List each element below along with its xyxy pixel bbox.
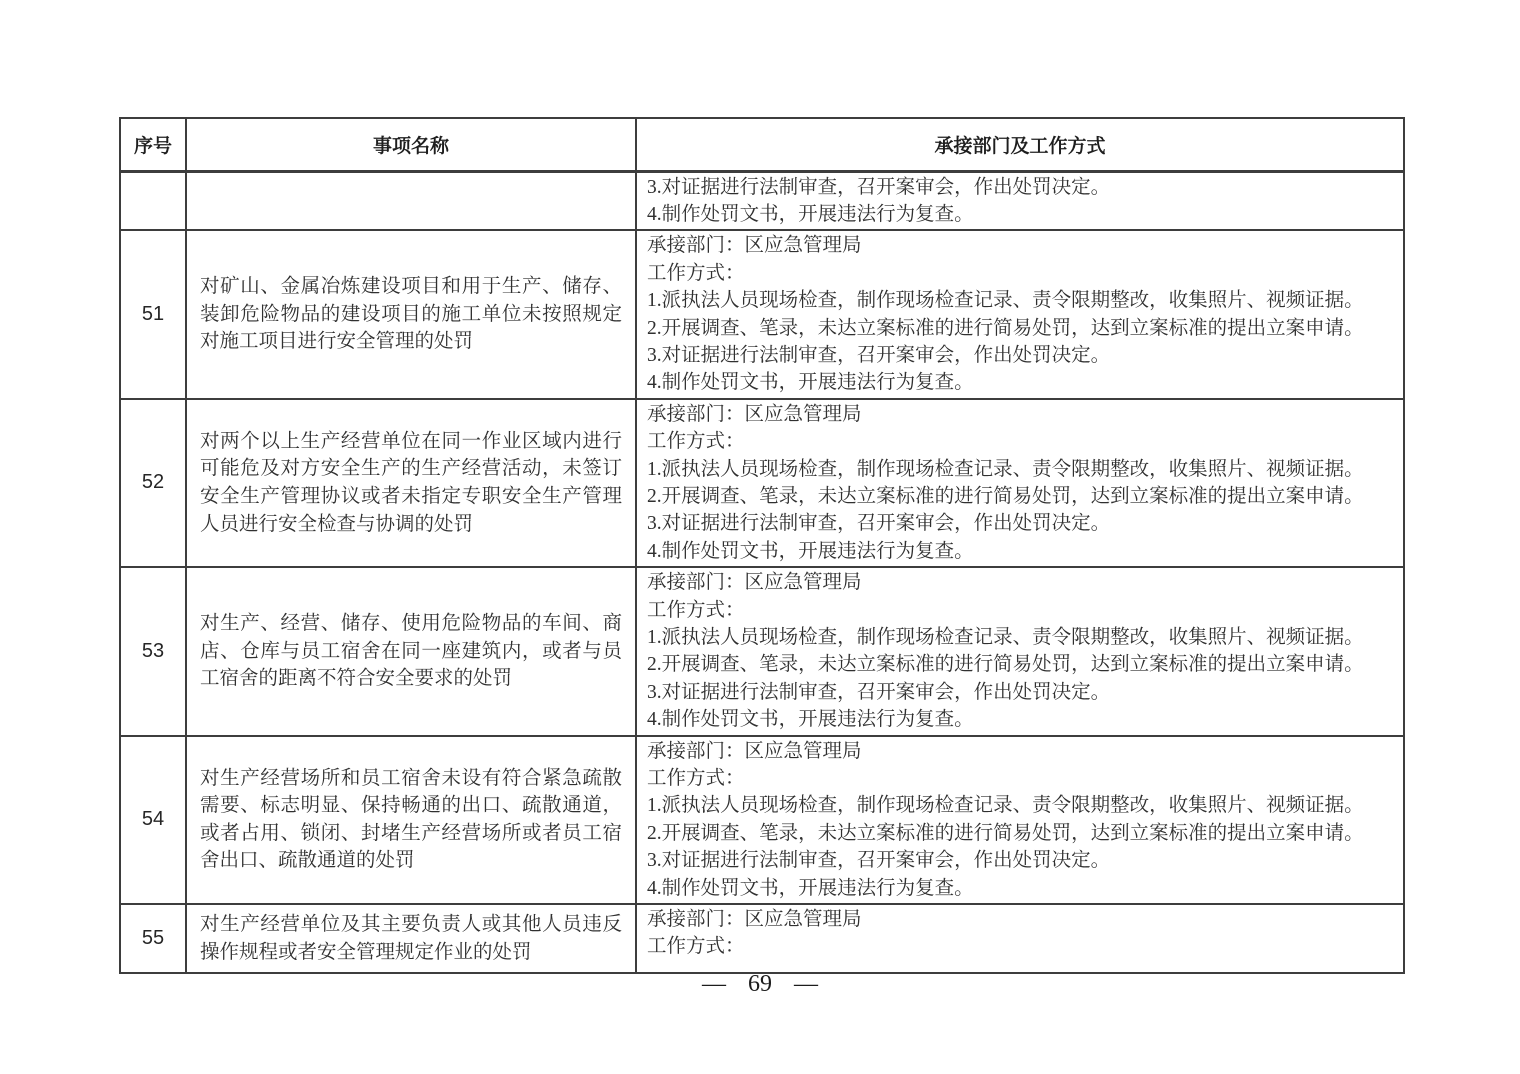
detail-line: 2.开展调查、笔录，未达立案标准的进行简易处罚，达到立案标准的提出立案申请。 [647, 651, 1397, 678]
row-details: 承接部门：区应急管理局工作方式： [636, 904, 1404, 973]
detail-line: 承接部门：区应急管理局 [647, 906, 1397, 933]
document-page: 序号 事项名称 承接部门及工作方式 3.对证据进行法制审查，召开案审会，作出处罚… [0, 0, 1520, 1074]
detail-line: 工作方式： [647, 428, 1397, 455]
detail-line: 工作方式： [647, 933, 1397, 960]
row-item-name: 对生产、经营、储存、使用危险物品的车间、商店、仓库与员工宿舍在同一座建筑内，或者… [186, 567, 636, 735]
detail-line: 4.制作处罚文书，开展违法行为复查。 [647, 369, 1397, 396]
table-row: 54 对生产经营场所和员工宿舍未设有符合紧急疏散需要、标志明显、保持畅通的出口、… [120, 736, 1404, 904]
row-item-name: 对矿山、金属冶炼建设项目和用于生产、储存、装卸危险物品的建设项目的施工单位未按照… [186, 230, 636, 398]
row-details: 承接部门：区应急管理局工作方式：1.派执法人员现场检查，制作现场检查记录、责令限… [636, 736, 1404, 904]
table-header-row: 序号 事项名称 承接部门及工作方式 [120, 118, 1404, 171]
detail-line: 承接部门：区应急管理局 [647, 232, 1397, 259]
row-details: 承接部门：区应急管理局工作方式：1.派执法人员现场检查，制作现场检查记录、责令限… [636, 399, 1404, 567]
detail-line: 2.开展调查、笔录，未达立案标准的进行简易处罚，达到立案标准的提出立案申请。 [647, 820, 1397, 847]
items-table: 序号 事项名称 承接部门及工作方式 3.对证据进行法制审查，召开案审会，作出处罚… [119, 117, 1405, 974]
row-serial-number: 53 [120, 567, 186, 735]
row-item-name: 对两个以上生产经营单位在同一作业区域内进行可能危及对方安全生产的生产经营活动，未… [186, 399, 636, 567]
row-details: 3.对证据进行法制审查，召开案审会，作出处罚决定。4.制作处罚文书，开展违法行为… [636, 171, 1404, 230]
row-serial-number: 52 [120, 399, 186, 567]
row-serial-number: 54 [120, 736, 186, 904]
table-row: 55 对生产经营单位及其主要负责人或其他人员违反操作规程或者安全管理规定作业的处… [120, 904, 1404, 973]
detail-line: 工作方式： [647, 260, 1397, 287]
table-row: 51 对矿山、金属冶炼建设项目和用于生产、储存、装卸危险物品的建设项目的施工单位… [120, 230, 1404, 398]
page-number: — 69 — [0, 971, 1520, 998]
detail-line: 承接部门：区应急管理局 [647, 401, 1397, 428]
row-serial-number: 51 [120, 230, 186, 398]
detail-line: 4.制作处罚文书，开展违法行为复查。 [647, 875, 1397, 902]
detail-line: 3.对证据进行法制审查，召开案审会，作出处罚决定。 [647, 679, 1397, 706]
detail-line: 3.对证据进行法制审查，召开案审会，作出处罚决定。 [647, 510, 1397, 537]
row-item-name: 对生产经营场所和员工宿舍未设有符合紧急疏散需要、标志明显、保持畅通的出口、疏散通… [186, 736, 636, 904]
header-department-method: 承接部门及工作方式 [636, 118, 1404, 171]
detail-line: 4.制作处罚文书，开展违法行为复查。 [647, 538, 1397, 565]
detail-line: 1.派执法人员现场检查，制作现场检查记录、责令限期整改，收集照片、视频证据。 [647, 624, 1397, 651]
detail-line: 2.开展调查、笔录，未达立案标准的进行简易处罚，达到立案标准的提出立案申请。 [647, 483, 1397, 510]
header-item-name: 事项名称 [186, 118, 636, 171]
row-item-name: 对生产经营单位及其主要负责人或其他人员违反操作规程或者安全管理规定作业的处罚 [186, 904, 636, 973]
header-serial-number: 序号 [120, 118, 186, 171]
row-serial-number: 55 [120, 904, 186, 973]
detail-line: 1.派执法人员现场检查，制作现场检查记录、责令限期整改，收集照片、视频证据。 [647, 287, 1397, 314]
detail-line: 1.派执法人员现场检查，制作现场检查记录、责令限期整改，收集照片、视频证据。 [647, 456, 1397, 483]
detail-line: 工作方式： [647, 597, 1397, 624]
row-details: 承接部门：区应急管理局工作方式：1.派执法人员现场检查，制作现场检查记录、责令限… [636, 567, 1404, 735]
table-row: 53 对生产、经营、储存、使用危险物品的车间、商店、仓库与员工宿舍在同一座建筑内… [120, 567, 1404, 735]
table-header: 序号 事项名称 承接部门及工作方式 [120, 118, 1404, 171]
detail-line: 2.开展调查、笔录，未达立案标准的进行简易处罚，达到立案标准的提出立案申请。 [647, 315, 1397, 342]
detail-line: 3.对证据进行法制审查，召开案审会，作出处罚决定。 [647, 847, 1397, 874]
table-row: 52 对两个以上生产经营单位在同一作业区域内进行可能危及对方安全生产的生产经营活… [120, 399, 1404, 567]
table-body: 3.对证据进行法制审查，召开案审会，作出处罚决定。4.制作处罚文书，开展违法行为… [120, 171, 1404, 973]
detail-line: 4.制作处罚文书，开展违法行为复查。 [647, 201, 1397, 228]
detail-line: 3.对证据进行法制审查，召开案审会，作出处罚决定。 [647, 342, 1397, 369]
row-serial-number [120, 171, 186, 230]
row-item-name [186, 171, 636, 230]
detail-line: 承接部门：区应急管理局 [647, 569, 1397, 596]
table-row: 3.对证据进行法制审查，召开案审会，作出处罚决定。4.制作处罚文书，开展违法行为… [120, 171, 1404, 230]
detail-line: 4.制作处罚文书，开展违法行为复查。 [647, 706, 1397, 733]
row-details: 承接部门：区应急管理局工作方式：1.派执法人员现场检查，制作现场检查记录、责令限… [636, 230, 1404, 398]
detail-line: 工作方式： [647, 765, 1397, 792]
detail-line: 3.对证据进行法制审查，召开案审会，作出处罚决定。 [647, 174, 1397, 201]
detail-line: 承接部门：区应急管理局 [647, 738, 1397, 765]
detail-line: 1.派执法人员现场检查，制作现场检查记录、责令限期整改，收集照片、视频证据。 [647, 792, 1397, 819]
